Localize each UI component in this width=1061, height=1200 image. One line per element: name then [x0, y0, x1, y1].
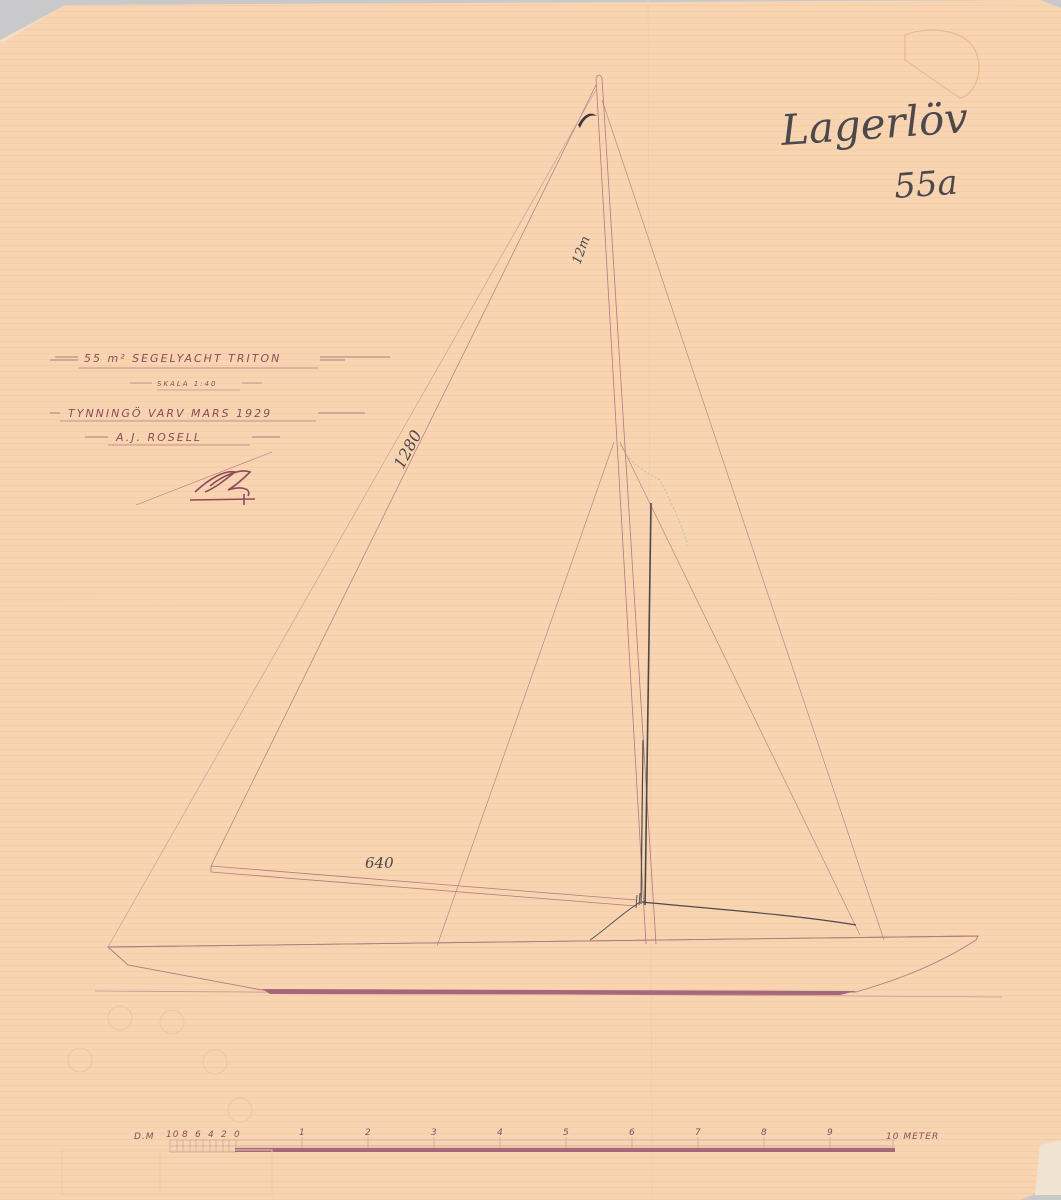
boom-length-annotation: 640 — [365, 854, 394, 872]
scale-subtick-label: 10 — [166, 1130, 179, 1140]
yard-and-date: TYNNINGÖ VARV MARS 1929 — [68, 407, 272, 420]
scale-subtick-label: 8 — [182, 1130, 189, 1140]
drawing-scale: SKALA 1:40 — [157, 380, 217, 388]
scale-tick-label: 7 — [695, 1128, 702, 1138]
scale-bar-thick — [235, 1148, 895, 1152]
sail-plan-drawing: Lagerlöv 55a 12m 1280 640 55 m² SEGELYAC… — [0, 0, 1061, 1200]
scale-subtick-label: 2 — [221, 1130, 228, 1140]
scale-tick-label: 3 — [431, 1128, 438, 1138]
scale-tick-label: 6 — [629, 1128, 636, 1138]
archive-number-annotation: 55a — [893, 163, 959, 207]
scale-tick-label: 2 — [365, 1128, 372, 1138]
scale-subtick-label: 4 — [208, 1130, 215, 1140]
scale-tick-label: 9 — [827, 1128, 834, 1138]
scale-end-label: 10 METER — [886, 1132, 939, 1142]
scale-tick-label: 1 — [299, 1128, 306, 1138]
drawing-title: 55 m² SEGELYACHT TRITON — [84, 352, 281, 365]
drawing-sheet: Lagerlöv 55a 12m 1280 640 55 m² SEGELYAC… — [0, 0, 1061, 1200]
scale-prefix: D.M — [134, 1132, 155, 1142]
scale-tick-label: 4 — [497, 1128, 504, 1138]
scale-tick-label: 5 — [563, 1128, 570, 1138]
designer-name: A.J. ROSELL — [115, 431, 202, 444]
scale-subtick-label: 0 — [234, 1130, 241, 1140]
scale-tick-label: 8 — [761, 1128, 768, 1138]
scale-subtick-label: 6 — [195, 1130, 202, 1140]
